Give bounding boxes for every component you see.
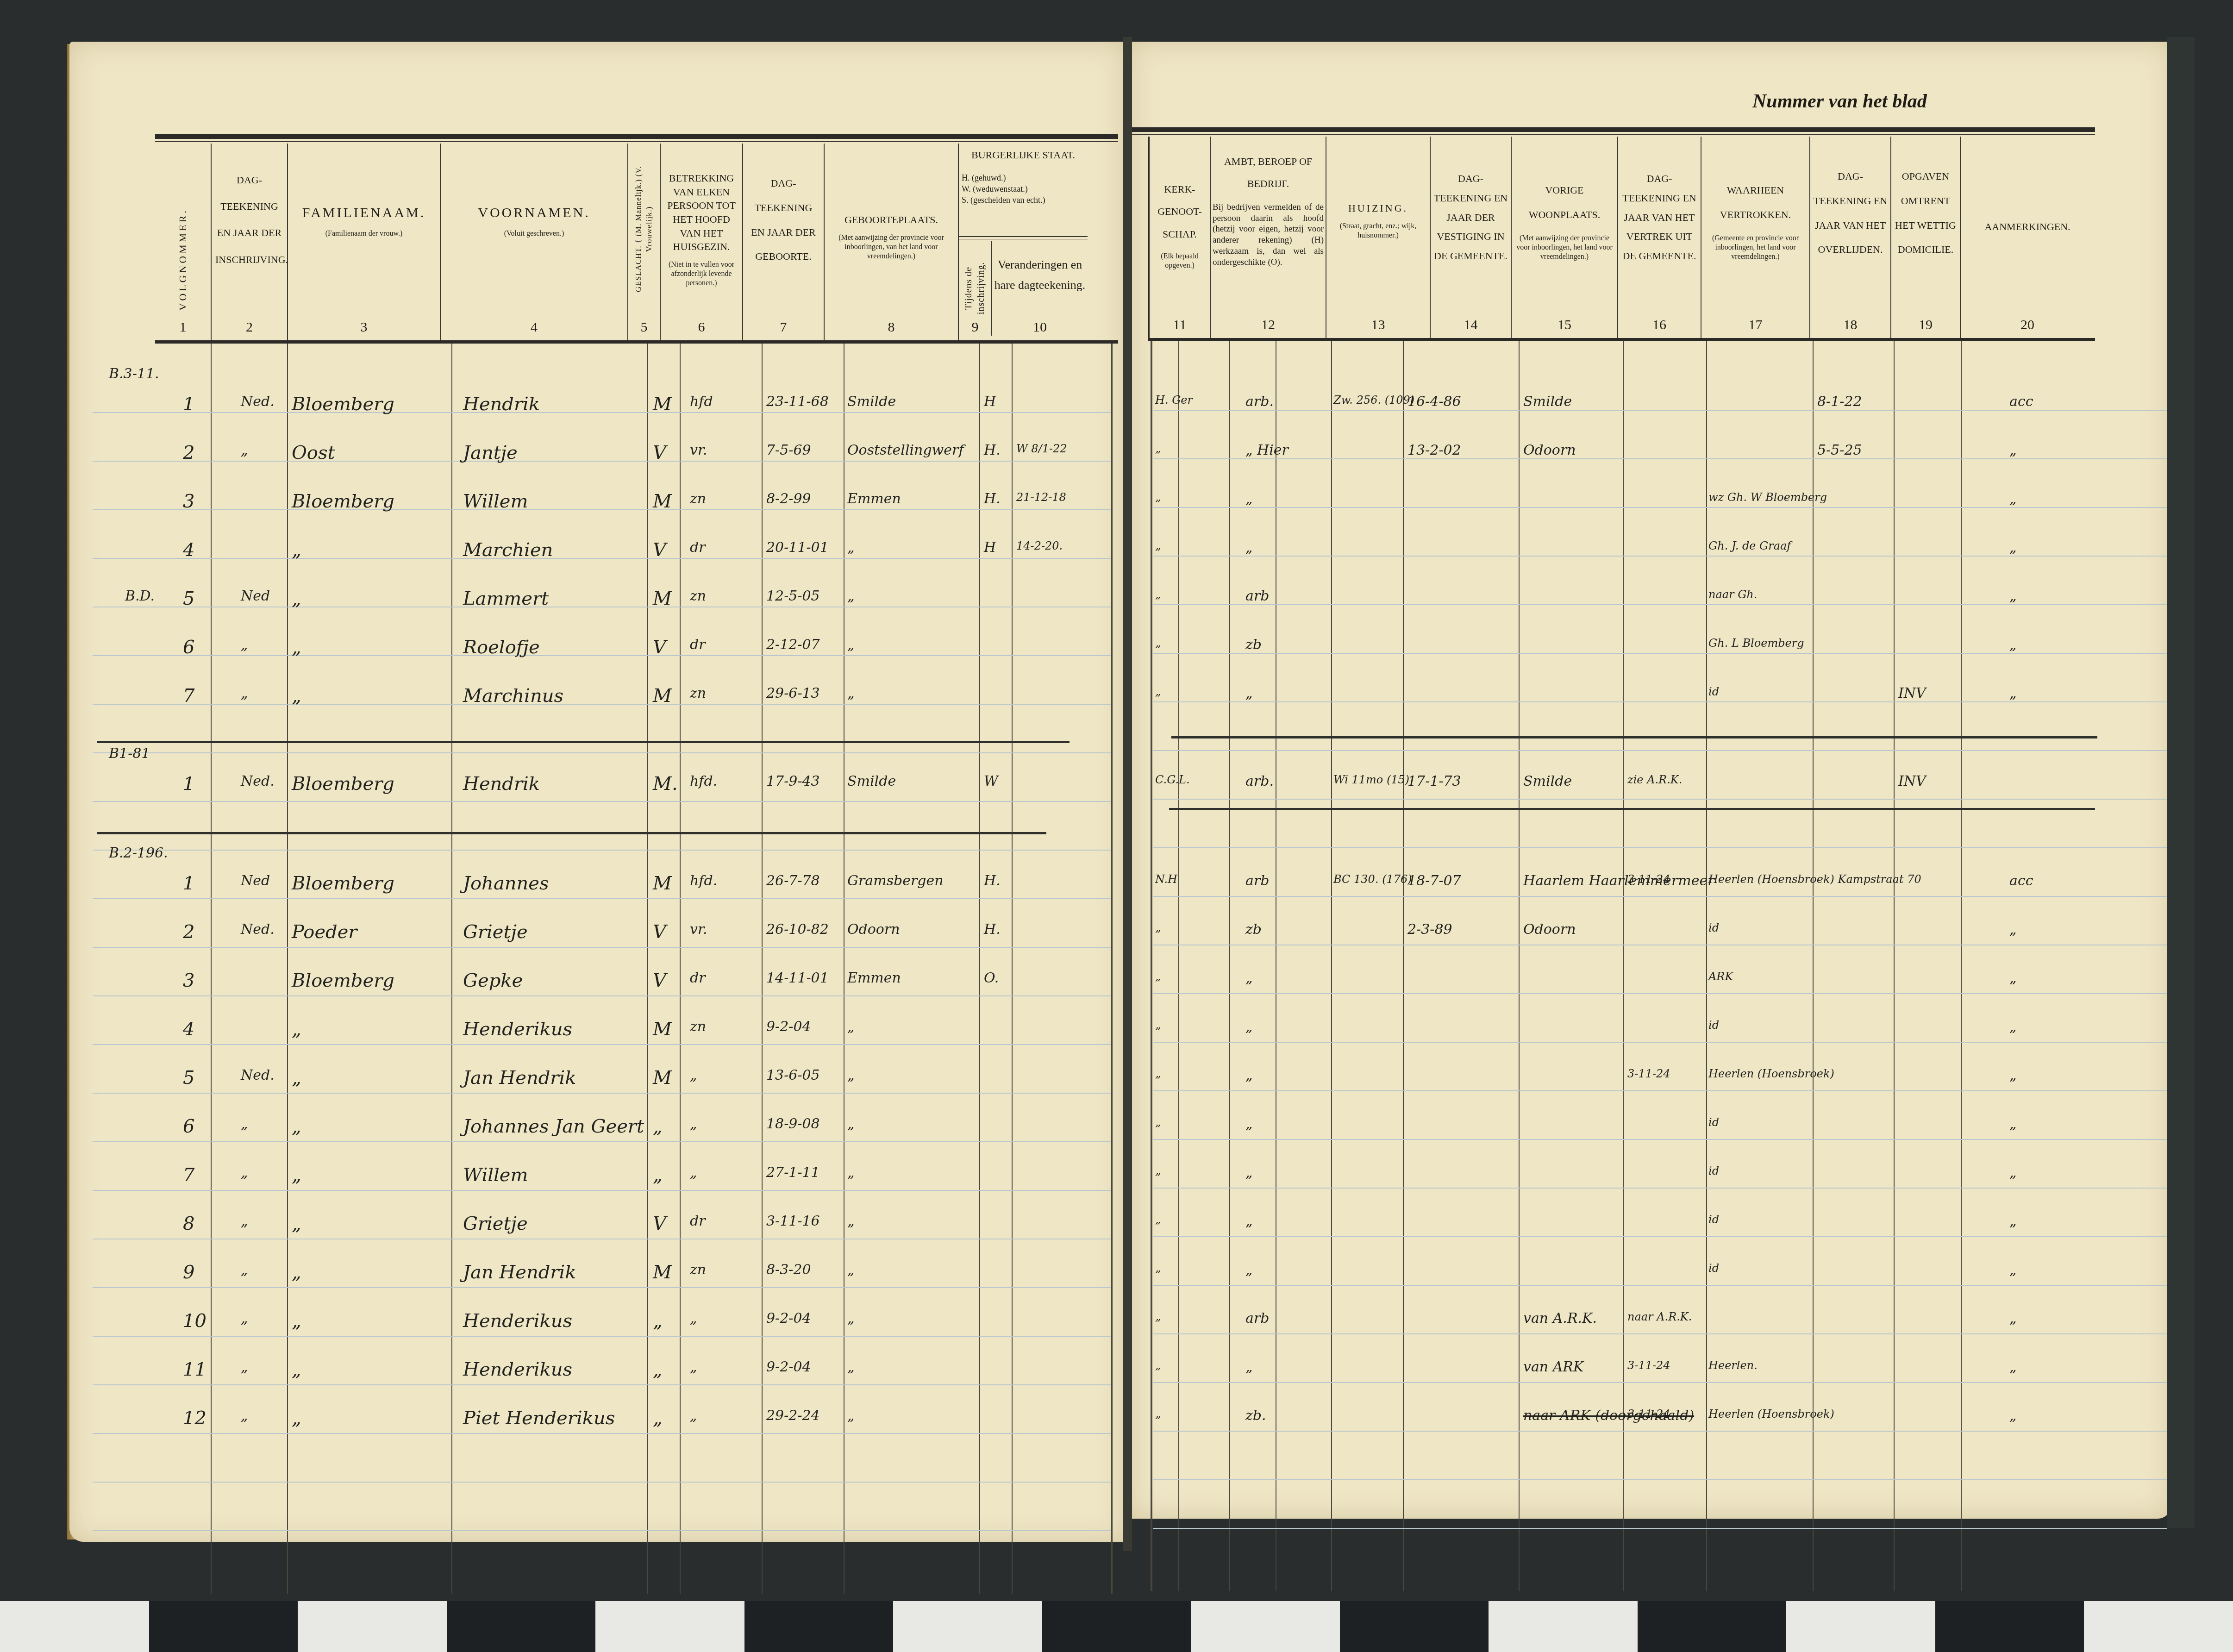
ruled-line <box>1153 1333 2167 1334</box>
cell-betr: zn <box>690 588 706 604</box>
cell-aanm: „ <box>2009 539 2017 556</box>
cell-fam: „ <box>292 539 301 561</box>
header-geslacht: GESLACHT. { (M. Mannelijk.) (V. Vrouweli… <box>627 144 660 340</box>
cell-vorige: Odoorn <box>1523 442 1576 458</box>
cell-nr: 4 <box>183 539 194 561</box>
column-line <box>1178 341 1179 1591</box>
header-title: BETREKKING VAN ELKEN PERSOON TOT HET HOO… <box>661 171 742 254</box>
cell-fam: „ <box>292 1116 301 1137</box>
column-number: 1 <box>155 318 211 337</box>
ruled-line <box>1153 1431 2167 1432</box>
cell-plaats: Ooststellingwerf <box>847 442 964 458</box>
column-line <box>1706 341 1707 1591</box>
cell-g: M <box>653 685 672 707</box>
cell-nr: 4 <box>183 1019 194 1040</box>
cell-betr: hfd. <box>690 773 717 789</box>
cell-nr: 6 <box>183 1116 194 1137</box>
cell-g: „ <box>653 1116 663 1137</box>
cell-plaats: „ <box>847 1213 855 1229</box>
ruled-line <box>93 1336 1111 1337</box>
cell-betr: zn <box>690 491 706 507</box>
cell-g: M <box>653 394 672 415</box>
legend-gescheiden: S. (gescheiden van echt.) <box>962 194 1088 206</box>
cell-kerk: H. Ger <box>1155 394 1193 407</box>
header-top-thin-rule-right <box>1132 134 2095 135</box>
header-title: HUIZING. <box>1326 201 1430 215</box>
cell-geb: 18-9-08 <box>766 1116 820 1132</box>
cell-plaats: „ <box>847 1116 855 1132</box>
color-calibration-strip <box>0 1601 2233 1652</box>
header-bottom-rule <box>155 340 1118 344</box>
cell-vertrek: naar A.R.K. <box>1627 1310 1692 1323</box>
column-line <box>1961 341 1962 1591</box>
cell-kerk: N.H <box>1155 873 1177 886</box>
cell-voor: Johannes <box>463 873 549 894</box>
ruled-line <box>1153 1382 2167 1383</box>
cell-voor: Johannes Jan Geert <box>463 1116 644 1137</box>
cell-vorige: van ARK <box>1523 1359 1583 1375</box>
cell-ambt: zb <box>1245 921 1262 938</box>
cell-voor: Hendrik <box>463 773 540 795</box>
ruled-line <box>93 1190 1111 1191</box>
group-divider <box>97 741 1070 743</box>
column-line <box>1894 341 1895 1591</box>
ruled-line <box>1153 701 2167 702</box>
cell-ver: 21-12-18 <box>1016 491 1066 504</box>
header-vestiging: DAG- TEEKENING EN JAAR DER VESTIGING IN … <box>1430 137 1511 338</box>
header-subtitle: (Familienaam der vrouw.) <box>288 229 440 238</box>
left-column-headers: VOLGNOMMER. 1 DAG- TEEKENING EN JAAR DER… <box>155 144 1109 340</box>
cell-g: M <box>653 1019 672 1040</box>
cell-geb: 20-11-01 <box>766 539 829 556</box>
cell-betr: vr. <box>690 921 707 938</box>
cell-ambt: „ Hier <box>1245 442 1289 458</box>
cell-vest: 18-7-07 <box>1407 873 1461 889</box>
column-number: 5 <box>628 318 660 337</box>
household-label: B.2-196. <box>109 845 168 861</box>
header-huizing: HUIZING. (Straat, gracht, enz.; wijk, hu… <box>1326 137 1430 338</box>
cell-voor: Marchinus <box>463 685 563 707</box>
cell-fam: „ <box>292 588 301 609</box>
cell-voor: Hendrik <box>463 394 540 415</box>
cell-nr: 1 <box>183 873 194 894</box>
cell-g: „ <box>653 1164 663 1186</box>
cell-aanm: „ <box>2009 1408 2017 1424</box>
header-top-rule <box>155 134 1118 139</box>
cell-ambt: arb. <box>1245 773 1274 789</box>
cell-fam: Bloemberg <box>292 394 394 415</box>
cell-ambt: „ <box>1245 1213 1253 1229</box>
cell-huis: BC 130. (176) <box>1333 873 1412 886</box>
cell-voor: Lammert <box>463 588 549 609</box>
header-title: FAMILIENAAM. <box>288 204 440 223</box>
cell-ver: W 8/1-22 <box>1016 442 1067 455</box>
cell-kerk: „ <box>1155 685 1161 698</box>
cell-waarheen: Heerlen (Hoensbroek) <box>1708 1408 1834 1420</box>
cell-fam: „ <box>292 1019 301 1040</box>
cell-nr: 1 <box>183 394 194 415</box>
column-line <box>1229 341 1230 1591</box>
cell-geb: 26-7-78 <box>766 873 820 889</box>
cell-plaats: „ <box>847 1310 855 1327</box>
cell-ambt: arb <box>1245 588 1269 604</box>
ruled-line <box>1153 1139 2167 1140</box>
cell-c2: Ned. <box>241 1067 275 1083</box>
ruled-line <box>93 1482 1111 1483</box>
cell-g: „ <box>653 1310 663 1332</box>
cell-vest: 13-2-02 <box>1407 442 1461 458</box>
header-title: OPGAVEN OMTRENT HET WETTIG DOMICILIE. <box>1891 164 1960 262</box>
household-label: B.3-11. <box>109 366 159 382</box>
cell-geb: 7-5-69 <box>766 442 811 458</box>
cell-bs: H. <box>984 491 1001 507</box>
column-number: 16 <box>1618 316 1701 335</box>
cell-c2: „ <box>241 1262 248 1278</box>
header-title: DAG- TEEKENING EN JAAR VAN HET VERTREK U… <box>1618 169 1701 266</box>
ruled-line <box>1153 410 2167 411</box>
column-number: 6 <box>661 318 742 337</box>
column-line <box>680 344 681 1594</box>
cell-betr: zn <box>690 1262 706 1278</box>
cell-vest: 2-3-89 <box>1407 921 1452 938</box>
cell-plaats: Smilde <box>847 394 896 410</box>
cell-kerk: „ <box>1155 1310 1161 1323</box>
cell-ambt: zb <box>1245 637 1262 653</box>
cell-kerk: „ <box>1155 1116 1161 1129</box>
column-number: 7 <box>743 318 824 337</box>
cell-vertrek: 3-11-24 <box>1627 873 1670 886</box>
column-number: 17 <box>1701 316 1809 335</box>
column-line <box>211 344 212 1594</box>
cell-bs: H. <box>984 873 1001 889</box>
group-divider <box>1171 736 2097 738</box>
cell-kerk: C.G.L. <box>1155 773 1190 786</box>
ruled-line <box>93 655 1111 656</box>
cell-nr: 9 <box>183 1262 194 1283</box>
column-number: 15 <box>1512 316 1617 335</box>
cell-fam: „ <box>292 1310 301 1332</box>
header-ambt-beroep: AMBT, BEROEP OF BEDRIJF. Bij bedrijven v… <box>1210 137 1326 338</box>
ruled-line <box>93 558 1111 559</box>
cell-plaats: „ <box>847 1359 855 1375</box>
header-subtitle: (Elk bepaald opgeven.) <box>1150 252 1210 270</box>
sheet-number-label: Nummer van het blad <box>1752 90 1927 113</box>
header-title: VOLGNOMMER. <box>176 208 190 311</box>
ruled-line <box>1153 799 2167 800</box>
column-number: 3 <box>288 318 440 337</box>
cell-geb: 17-9-43 <box>766 773 820 789</box>
cell-voor: Piet Henderikus <box>463 1408 615 1429</box>
cell-g: M <box>653 491 672 512</box>
cell-nr: 5 <box>183 1067 194 1089</box>
cell-aanm: acc <box>2009 394 2033 410</box>
ruled-line <box>93 801 1111 802</box>
cell-voor: Jan Hendrik <box>463 1262 576 1283</box>
cell-bs: H <box>984 539 996 556</box>
cell-ambt: „ <box>1245 539 1253 556</box>
cell-vorige: Odoorn <box>1523 921 1576 938</box>
cell-kerk: „ <box>1155 1359 1161 1372</box>
cell-plaats: „ <box>847 637 855 653</box>
ruled-line <box>1153 1479 2167 1480</box>
cell-betr: „ <box>690 1408 697 1424</box>
cell-kerk: „ <box>1155 491 1161 504</box>
column-number: 14 <box>1431 316 1511 335</box>
header-title: WAARHEEN VERTROKKEN. <box>1701 178 1809 227</box>
cell-betr: dr <box>690 970 706 986</box>
ruled-line <box>93 995 1111 996</box>
header-vorige-woonplaats: VORIGE WOONPLAATS. (Met aanwijzing der p… <box>1511 137 1617 338</box>
header-title: GEBOORTEPLAATS. <box>825 213 958 227</box>
ruled-line <box>1153 604 2167 605</box>
ruled-line <box>93 509 1111 510</box>
ruled-line <box>93 947 1111 948</box>
ruled-line <box>93 1384 1111 1385</box>
cell-bs: H. <box>984 442 1001 458</box>
cell-waarheen: id <box>1708 1213 1719 1226</box>
cell-betr: dr <box>690 637 706 653</box>
cell-ambt: arb <box>1245 873 1269 889</box>
cell-vertrek: 3-11-24 <box>1627 1067 1670 1080</box>
ruled-line <box>93 898 1111 899</box>
legend-gehuwd: H. (gehuwd.) <box>962 172 1088 183</box>
cell-kerk: „ <box>1155 637 1161 650</box>
ruled-line <box>93 1433 1111 1434</box>
ruled-line <box>1153 653 2167 654</box>
cell-c2: „ <box>241 685 248 701</box>
ruled-line <box>1153 1188 2167 1189</box>
header-title: DAG- TEEKENING EN JAAR VAN HET OVERLIJDE… <box>1810 164 1890 262</box>
cell-nr: 11 <box>183 1359 206 1380</box>
cell-kerk: „ <box>1155 1213 1161 1226</box>
cell-geb: 8-3-20 <box>766 1262 811 1278</box>
cell-waarheen: wz Gh. W Bloemberg <box>1708 491 1827 504</box>
cell-nr: 12 <box>183 1408 206 1429</box>
header-top-rule-right <box>1132 127 2095 132</box>
cell-overl: 5-5-25 <box>1817 442 1862 458</box>
header-voornamen: VOORNAMEN. (Voluit geschreven.) 4 <box>440 144 627 340</box>
column-line <box>1519 341 1520 1591</box>
header-subtitle: (Voluit geschreven.) <box>441 229 627 238</box>
sub-divider <box>959 236 1088 239</box>
ruled-line <box>93 461 1111 462</box>
cell-waarheen: Gh. J. de Graaf <box>1708 539 1791 552</box>
cell-waarheen: id <box>1708 1164 1719 1177</box>
cell-kerk: „ <box>1155 588 1161 601</box>
ruled-line <box>93 412 1111 413</box>
header-title: VORIGE WOONPLAATS. <box>1512 178 1617 227</box>
ruled-line <box>1153 1528 2167 1529</box>
column-line <box>1813 341 1814 1591</box>
cell-c2: Ned. <box>241 394 275 410</box>
cell-kerk: „ <box>1155 1067 1161 1080</box>
cell-aanm: „ <box>2009 970 2017 986</box>
header-betrekking: BETREKKING VAN ELKEN PERSOON TOT HET HOO… <box>660 144 742 340</box>
cell-aanm: „ <box>2009 637 2017 653</box>
header-title: VOORNAMEN. <box>441 204 627 223</box>
cell-c2: „ <box>241 442 248 458</box>
cell-fam: Bloemberg <box>292 773 394 795</box>
cell-c2: Ned. <box>241 773 275 789</box>
cell-geb: 27-1-11 <box>766 1164 820 1181</box>
cell-nr: 6 <box>183 637 194 658</box>
cell-fam: Oost <box>292 442 335 463</box>
cell-betr: „ <box>690 1164 697 1181</box>
header-title-10: Veranderingen en hare dagteekening. <box>992 255 1088 295</box>
ruled-line <box>93 607 1111 607</box>
cell-waarheen: ARK <box>1708 970 1733 983</box>
cell-plaats: „ <box>847 1164 855 1181</box>
ruled-line <box>1153 1285 2167 1286</box>
right-column-headers: KERK- GENOOT- SCHAP. (Elk bepaald opgeve… <box>1148 137 2099 338</box>
cell-dom: INV <box>1898 773 1926 789</box>
cell-vertrek: 3-11-24 <box>1627 1359 1670 1372</box>
cell-waarheen: Heerlen (Hoensbroek) <box>1708 1067 1834 1080</box>
cell-c2: „ <box>241 1408 248 1424</box>
cell-aanm: acc <box>2009 873 2033 889</box>
column-line <box>287 344 288 1594</box>
header-title: AANMERKINGEN. <box>1961 220 2094 234</box>
cell-bs: W <box>984 773 998 789</box>
cell-g: V <box>653 637 666 658</box>
cell-vertrek: zie A.R.K. <box>1627 773 1682 786</box>
cell-nr: 3 <box>183 491 194 512</box>
cell-geb: 23-11-68 <box>766 394 829 410</box>
header-domicilie: OPGAVEN OMTRENT HET WETTIG DOMICILIE. 19 <box>1890 137 1960 338</box>
cell-fam: „ <box>292 1408 301 1429</box>
cell-plaats: „ <box>847 1019 855 1035</box>
cell-plaats: „ <box>847 1408 855 1424</box>
cell-ambt: „ <box>1245 685 1253 701</box>
cell-geb: 9-2-04 <box>766 1019 811 1035</box>
column-number: 9 <box>959 318 991 337</box>
cell-waarheen: id <box>1708 921 1719 934</box>
header-title: DAG- TEEKENING EN JAAR DER GEBOORTE. <box>743 171 824 269</box>
header-title: BURGERLIJKE STAAT. <box>959 148 1088 162</box>
cell-c2: „ <box>241 1213 248 1229</box>
cell-plaats: Emmen <box>847 970 901 986</box>
cell-plaats: „ <box>847 1067 855 1083</box>
cell-vorige: van A.R.K. <box>1523 1310 1597 1327</box>
cell-g: M <box>653 588 672 609</box>
cell-c2: „ <box>241 1310 248 1327</box>
cell-c2: „ <box>241 637 248 653</box>
book-spine <box>1123 37 1132 1551</box>
column-line <box>844 344 844 1594</box>
cell-fam: „ <box>292 637 301 658</box>
ruled-line <box>93 1093 1111 1094</box>
cell-aanm: „ <box>2009 442 2017 458</box>
header-dagteekening-inschrijving: DAG- TEEKENING EN JAAR DER INSCHRIJVING.… <box>211 144 287 340</box>
cell-fam: „ <box>292 1213 301 1234</box>
cell-waarheen: id <box>1708 1116 1719 1129</box>
cell-g: M <box>653 1067 672 1089</box>
cell-kerk: „ <box>1155 921 1161 934</box>
header-waarheen: WAARHEEN VERTROKKEN. (Gemeente en provin… <box>1701 137 1809 338</box>
legend-weduwenstaat: W. (weduwenstaat.) <box>962 183 1088 194</box>
cell-nr: 7 <box>183 1164 194 1186</box>
cell-kerk: „ <box>1155 1019 1161 1032</box>
cell-g: M <box>653 1262 672 1283</box>
cell-nr: 10 <box>183 1310 206 1332</box>
cell-betr: dr <box>690 539 706 556</box>
cell-fam: Bloemberg <box>292 873 394 894</box>
cell-overl: 8-1-22 <box>1817 394 1862 410</box>
cell-vorige: Smilde <box>1523 394 1572 410</box>
cell-waarheen: Heerlen. <box>1708 1359 1758 1372</box>
cell-dom: INV <box>1898 685 1926 701</box>
header-title: AMBT, BEROEP OF BEDRIJF. <box>1211 150 1326 195</box>
cell-betr: zn <box>690 1019 706 1035</box>
cell-plaats: „ <box>847 588 855 604</box>
cell-geb: 29-2-24 <box>766 1408 820 1424</box>
cell-waarheen: Heerlen (Hoensbroek) Kampstraat 70 <box>1708 873 1921 886</box>
column-number: 11 <box>1150 316 1210 335</box>
header-title: KERK- GENOOT- SCHAP. <box>1150 178 1210 245</box>
cell-c2: „ <box>241 1116 248 1132</box>
cell-voor: Jan Hendrik <box>463 1067 576 1089</box>
cell-geb: 8-2-99 <box>766 491 811 507</box>
cell-bs: O. <box>984 970 999 986</box>
cell-voor: Henderikus <box>463 1310 572 1332</box>
header-subtitle: Bij bedrijven vermelden of de persoon da… <box>1211 202 1326 268</box>
cell-waarheen: naar Gh. <box>1708 588 1757 601</box>
cell-c2: „ <box>241 1164 248 1181</box>
cell-ambt: „ <box>1245 1067 1253 1083</box>
cell-kerk: „ <box>1155 539 1161 552</box>
cell-aanm: „ <box>2009 1067 2017 1083</box>
header-top-thin-rule <box>155 141 1118 142</box>
ruled-line <box>1153 1042 2167 1043</box>
ruled-line <box>93 850 1111 851</box>
column-line <box>1111 344 1113 1594</box>
cell-geb: 13-6-05 <box>766 1067 820 1083</box>
cell-aanm: „ <box>2009 491 2017 507</box>
header-title: GESLACHT. { (M. Mannelijk.) (V. Vrouweli… <box>633 153 655 306</box>
cell-aanm: „ <box>2009 1359 2017 1375</box>
cell-geb: 29-6-13 <box>766 685 820 701</box>
group-divider <box>97 832 1046 834</box>
cell-kerk: „ <box>1155 442 1161 455</box>
cell-geb: 3-11-16 <box>766 1213 820 1229</box>
cell-waarheen: Gh. L Bloemberg <box>1708 637 1804 650</box>
cell-g: V <box>653 921 666 943</box>
cell-geb: 12-5-05 <box>766 588 820 604</box>
cell-voor: Willem <box>463 1164 528 1186</box>
cell-ambt: „ <box>1245 1116 1253 1132</box>
cell-ambt: „ <box>1245 1164 1253 1181</box>
cell-bs: H. <box>984 921 1001 938</box>
cell-plaats: „ <box>847 1262 855 1278</box>
cell-aanm: „ <box>2009 588 2017 604</box>
cell-waarheen: id <box>1708 685 1719 698</box>
cell-voor: Gepke <box>463 970 523 991</box>
header-kerkgenootschap: KERK- GENOOT- SCHAP. (Elk bepaald opgeve… <box>1150 137 1210 338</box>
column-number: 8 <box>825 318 958 337</box>
cell-plaats: Gramsbergen <box>847 873 944 889</box>
header-vertrek: DAG- TEEKENING EN JAAR VAN HET VERTREK U… <box>1617 137 1701 338</box>
cell-betr: „ <box>690 1067 697 1083</box>
column-line <box>1276 341 1276 1591</box>
cell-voor: Marchien <box>463 539 553 561</box>
column-number: 4 <box>441 318 627 337</box>
header-geboorteplaats: GEBOORTEPLAATS. (Met aanwijzing der prov… <box>824 144 958 340</box>
header-subtitle: (Met aanwijzing der provincie voor inboo… <box>825 233 958 261</box>
cell-bs: H <box>984 394 996 410</box>
cell-plaats: Emmen <box>847 491 901 507</box>
header-subtitle: (Gemeente en provincie voor inboorlingen… <box>1701 234 1809 262</box>
cell-geb: 26-10-82 <box>766 921 829 938</box>
